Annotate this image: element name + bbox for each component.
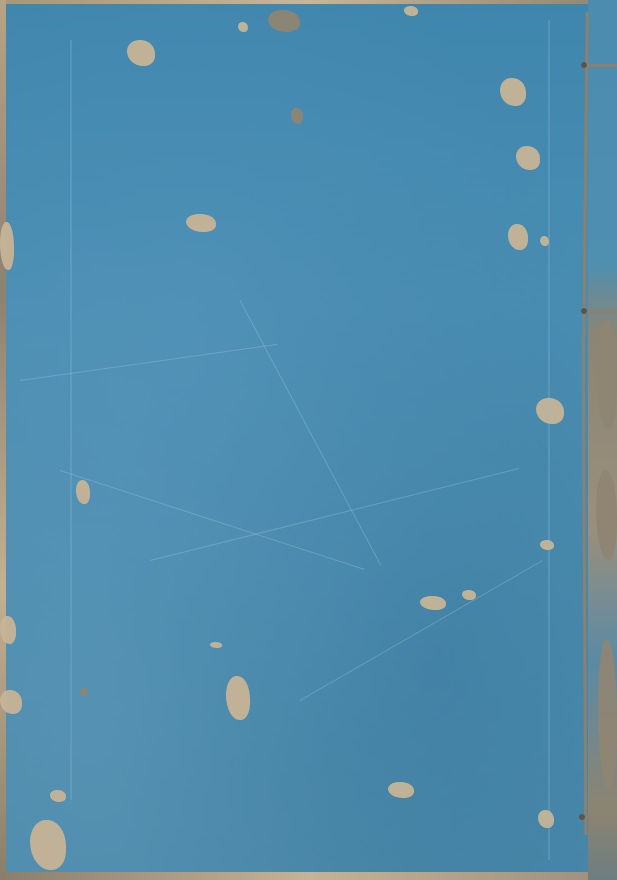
binding-thread-stitch-bottom xyxy=(584,816,617,819)
wear-spot xyxy=(50,790,66,802)
wear-spot xyxy=(500,78,526,106)
left-edge-wear xyxy=(0,0,6,880)
wear-spot xyxy=(420,596,446,610)
wear-spot xyxy=(508,224,528,250)
wear-spot xyxy=(536,398,564,424)
wear-spot xyxy=(388,782,414,798)
wear-spot xyxy=(516,146,540,170)
wear-spot xyxy=(598,640,617,790)
wear-spot xyxy=(76,480,90,504)
wear-spot xyxy=(0,616,16,644)
wear-spot xyxy=(291,108,303,124)
top-edge-wear xyxy=(0,0,617,4)
wear-spot xyxy=(540,540,554,550)
paper-crease xyxy=(150,468,519,561)
stitch-hole xyxy=(579,814,585,820)
wear-spot xyxy=(127,40,155,66)
paper-fiber-streak xyxy=(70,40,72,800)
wear-spot xyxy=(30,820,66,870)
stitch-hole xyxy=(581,62,587,68)
paper-fiber-streak xyxy=(548,20,550,860)
binding-thread-lower xyxy=(582,335,588,835)
wear-spot xyxy=(0,690,22,714)
wear-spot xyxy=(238,22,248,32)
wear-spot xyxy=(596,470,617,560)
paper-crease xyxy=(60,470,365,570)
binding-thread-stitch-top xyxy=(584,64,617,67)
book-cover xyxy=(0,0,617,880)
wear-spot xyxy=(226,676,250,720)
wear-spot xyxy=(80,688,88,696)
bottom-edge-wear xyxy=(0,872,617,880)
wear-spot xyxy=(596,320,617,430)
wear-spot xyxy=(404,6,418,16)
wear-spot xyxy=(538,810,554,828)
wear-spot xyxy=(210,642,222,648)
binding-thread-stitch-middle xyxy=(584,310,617,313)
stitch-hole xyxy=(581,308,587,314)
wear-spot xyxy=(0,222,14,270)
wear-spot xyxy=(186,214,216,232)
wear-spot xyxy=(268,10,300,32)
paper-crease xyxy=(20,344,278,381)
paper-crease xyxy=(300,560,543,701)
paper-crease xyxy=(240,300,382,565)
